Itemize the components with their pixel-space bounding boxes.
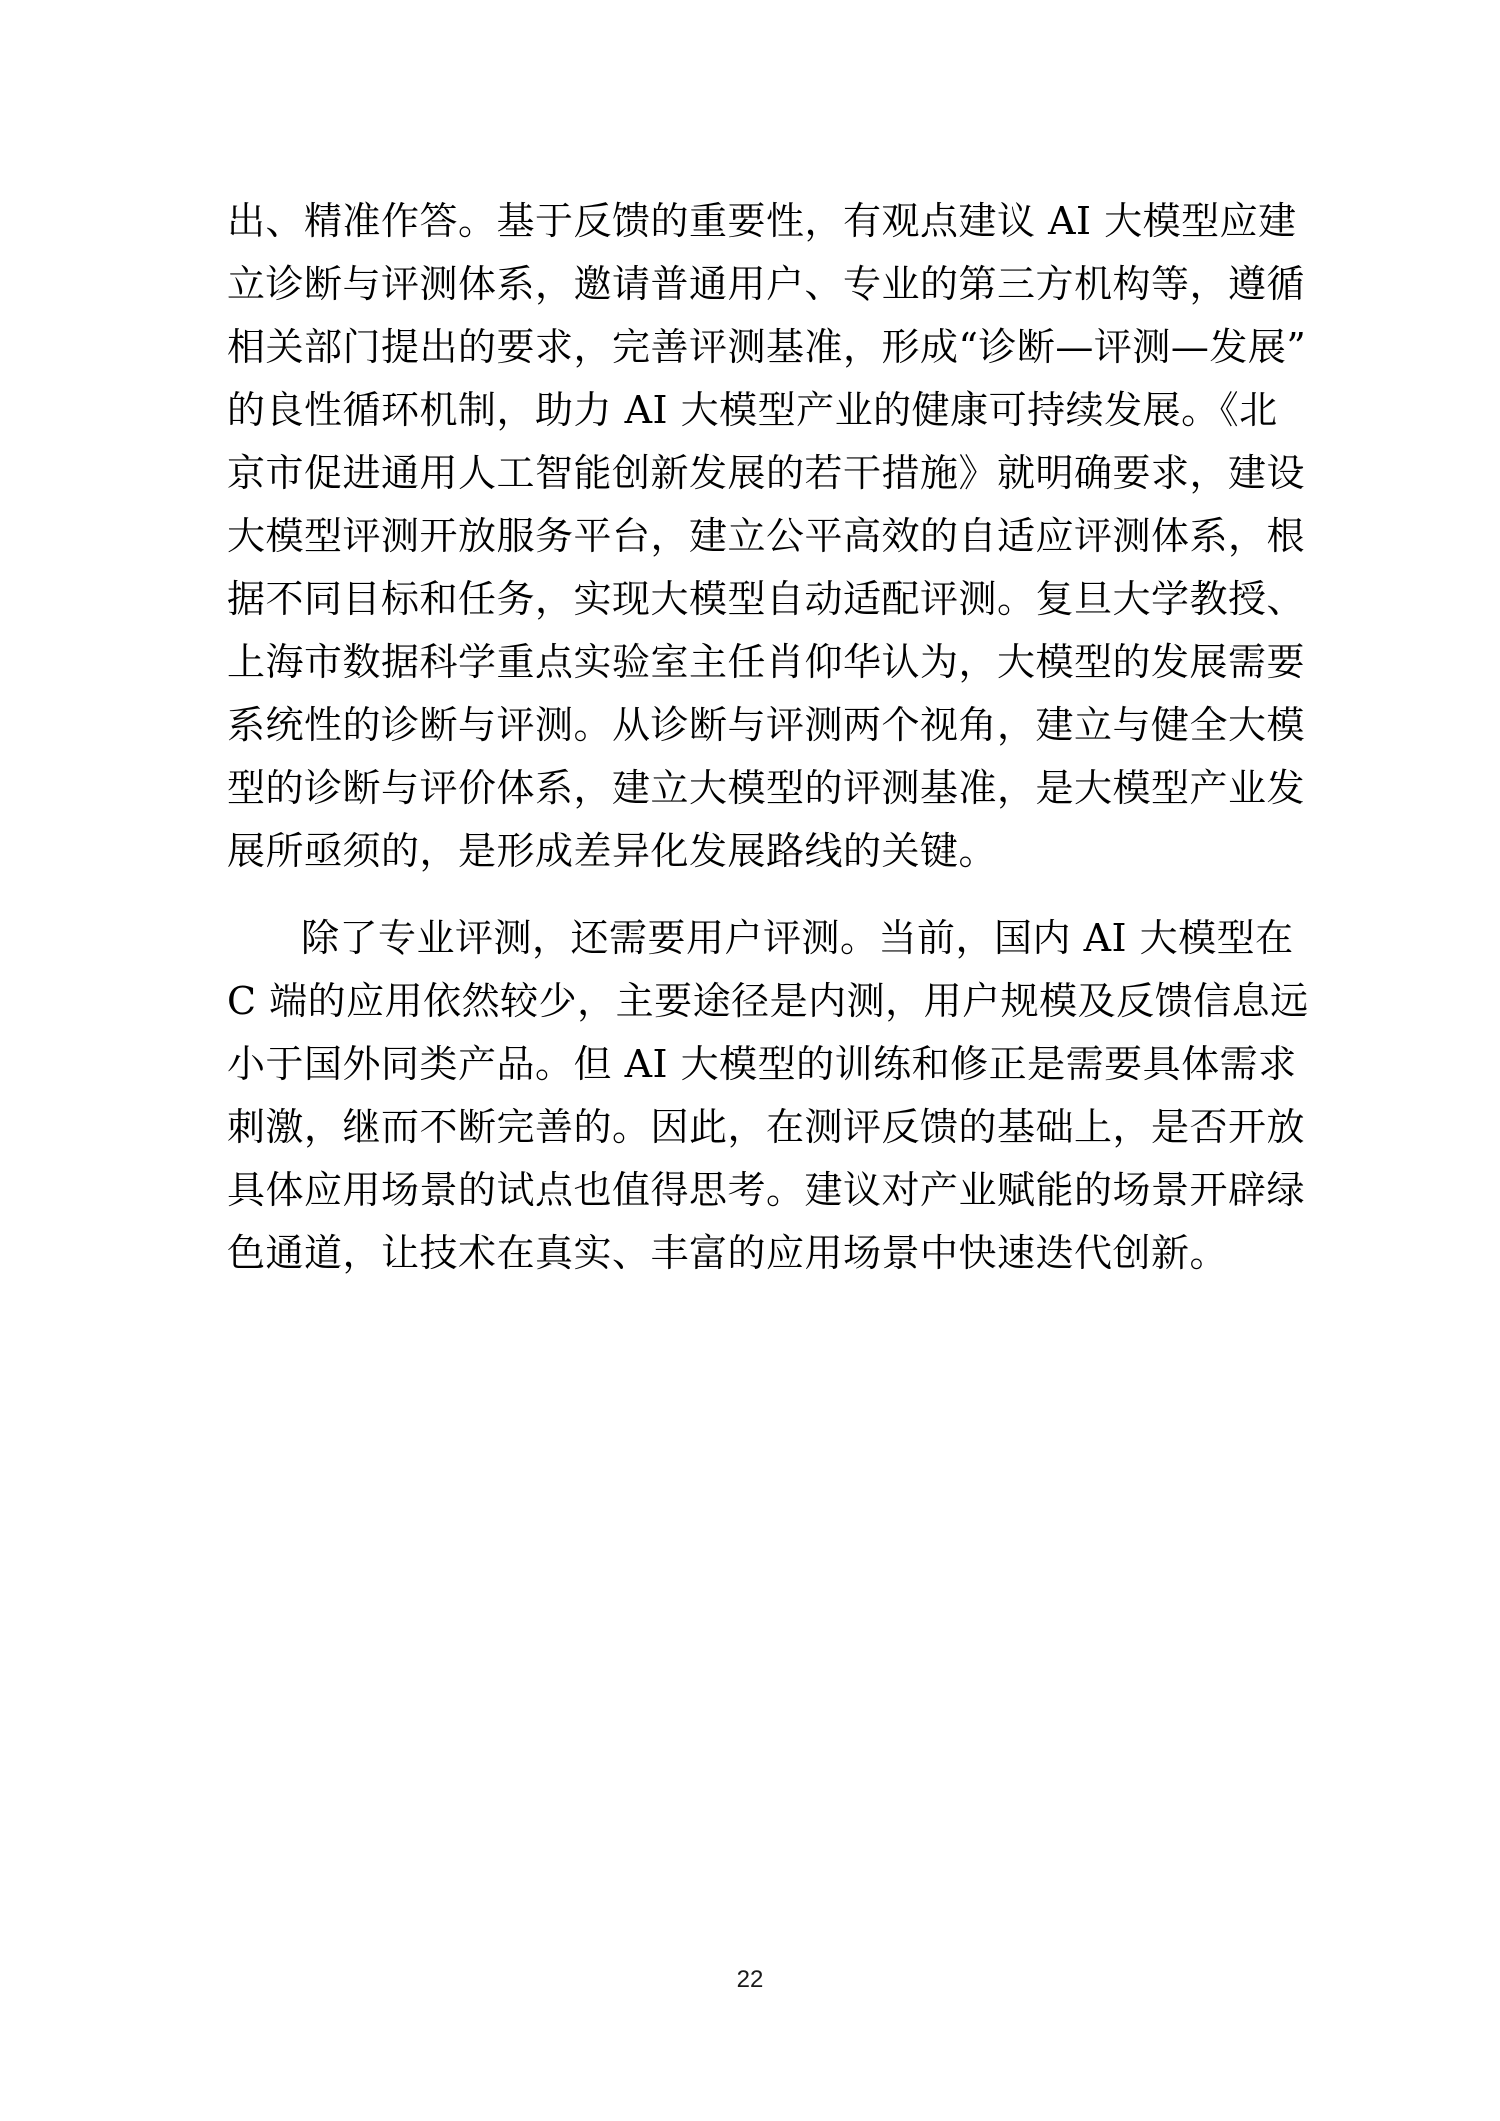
text-line: 型的诊断与评价体系，建立大模型的评测基准，是大模型产业发 bbox=[227, 757, 1272, 820]
text-line: 展所亟须的，是形成差异化发展路线的关键。 bbox=[227, 820, 1272, 883]
text-line: 立诊断与评测体系，邀请普通用户、专业的第三方机构等，遵循 bbox=[227, 253, 1272, 316]
text-line: 相关部门提出的要求，完善评测基准，形成“诊断—评测—发展” bbox=[227, 316, 1272, 379]
text-line: 除了专业评测，还需要用户评测。当前，国内 AI 大模型在 bbox=[227, 907, 1272, 970]
text-line: 系统性的诊断与评测。从诊断与评测两个视角，建立与健全大模 bbox=[227, 694, 1272, 757]
body-text: 出、精准作答。基于反馈的重要性，有观点建议 AI 大模型应建 立诊断与评测体系，… bbox=[227, 190, 1272, 1285]
text-line: 色通道，让技术在真实、丰富的应用场景中快速迭代创新。 bbox=[227, 1222, 1272, 1285]
text-line: C 端的应用依然较少，主要途径是内测，用户规模及反馈信息远 bbox=[227, 970, 1272, 1033]
text-line: 据不同目标和任务，实现大模型自动适配评测。复旦大学教授、 bbox=[227, 568, 1272, 631]
text-line: 京市促进通用人工智能创新发展的若干措施》就明确要求，建设 bbox=[227, 442, 1272, 505]
text-line: 小于国外同类产品。但 AI 大模型的训练和修正是需要具体需求 bbox=[227, 1033, 1272, 1096]
text-line: 具体应用场景的试点也值得思考。建议对产业赋能的场景开辟绿 bbox=[227, 1159, 1272, 1222]
text-line: 的良性循环机制，助力 AI 大模型产业的健康可持续发展。《北 bbox=[227, 379, 1272, 442]
text-line: 大模型评测开放服务平台，建立公平高效的自适应评测体系，根 bbox=[227, 505, 1272, 568]
text-line: 刺激，继而不断完善的。因此，在测评反馈的基础上，是否开放 bbox=[227, 1096, 1272, 1159]
page-number: 22 bbox=[0, 1966, 1500, 1994]
text-line: 上海市数据科学重点实验室主任肖仰华认为，大模型的发展需要 bbox=[227, 631, 1272, 694]
document-page: 出、精准作答。基于反馈的重要性，有观点建议 AI 大模型应建 立诊断与评测体系，… bbox=[0, 0, 1500, 2121]
text-line: 出、精准作答。基于反馈的重要性，有观点建议 AI 大模型应建 bbox=[227, 190, 1272, 253]
paragraph-1: 出、精准作答。基于反馈的重要性，有观点建议 AI 大模型应建 立诊断与评测体系，… bbox=[227, 190, 1272, 883]
paragraph-2: 除了专业评测，还需要用户评测。当前，国内 AI 大模型在 C 端的应用依然较少，… bbox=[227, 907, 1272, 1285]
